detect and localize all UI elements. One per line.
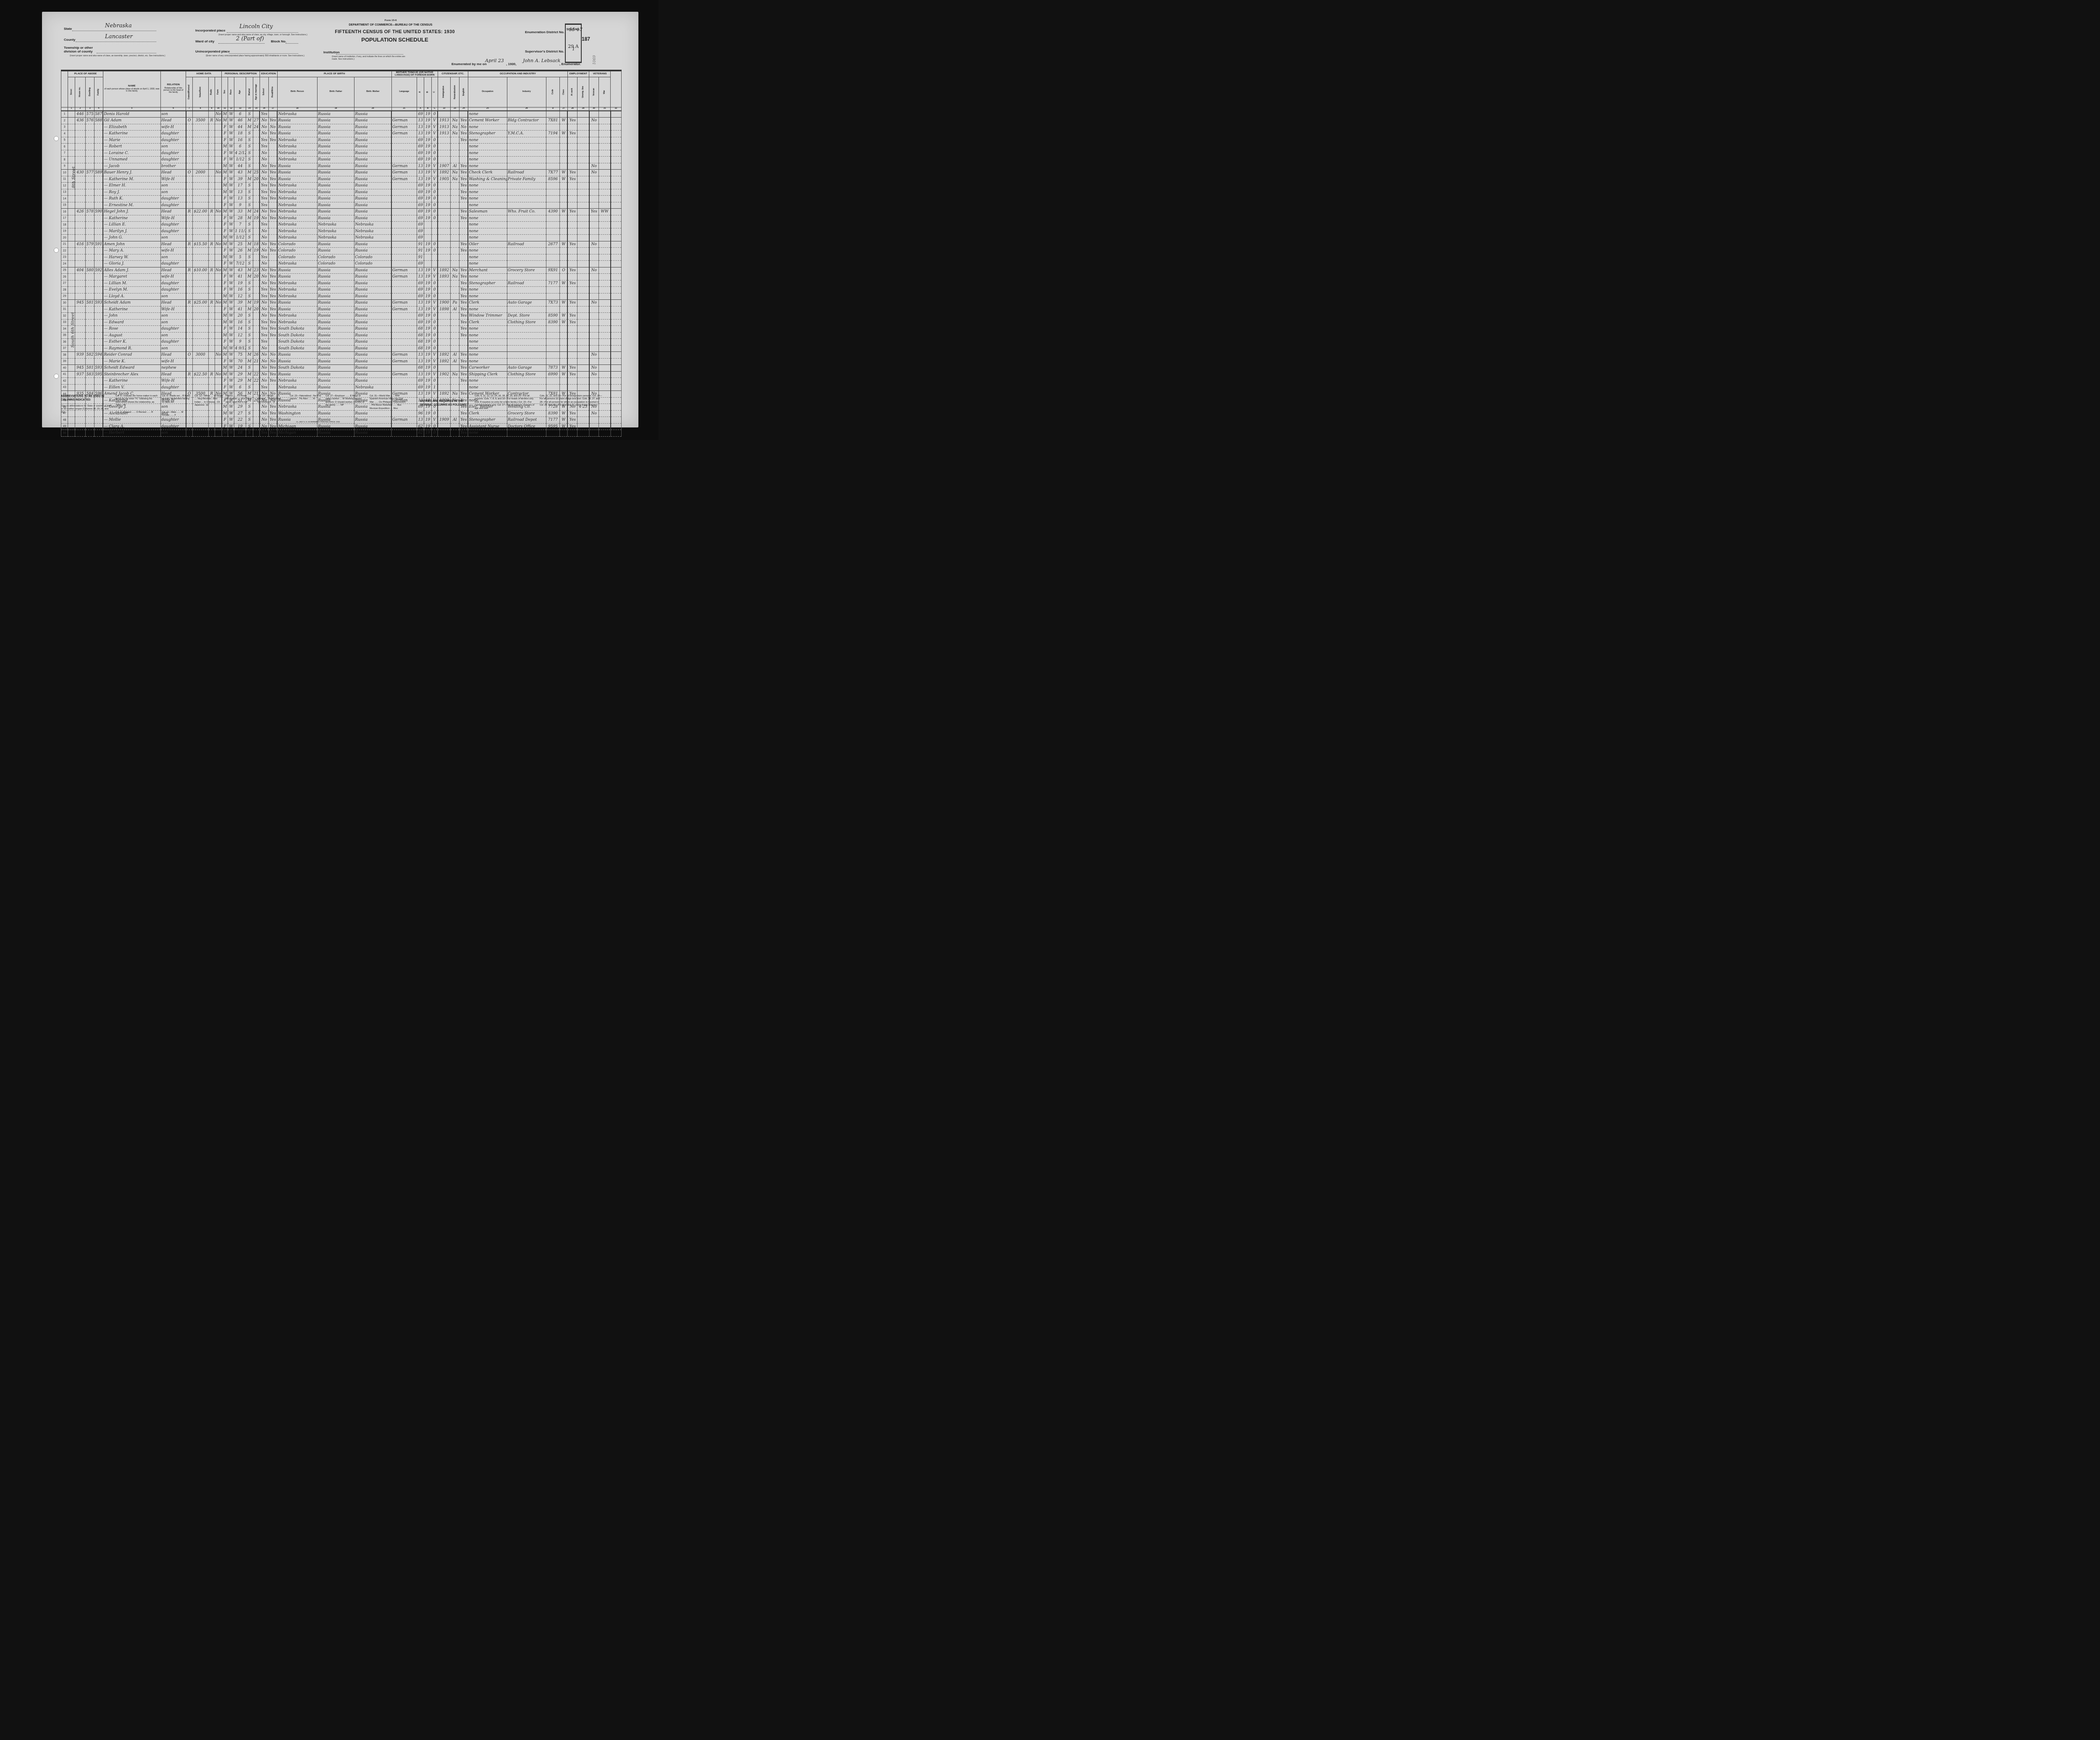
cell-tenure (186, 157, 192, 163)
cell-relation: son (161, 189, 186, 196)
column-number: 16 (260, 107, 268, 111)
cell-ind (507, 144, 546, 150)
cell-line: 40 (61, 365, 68, 372)
column-header-21: Language (391, 77, 417, 107)
cell-sex: M (222, 189, 228, 196)
cell-birth: South Dakota (277, 326, 317, 333)
table-row: 24— Gloria J.daughterFW7/12SNoNebraskaCo… (61, 261, 622, 267)
cell-immig (438, 183, 450, 189)
cell-radio (208, 280, 215, 287)
cell-street (68, 384, 75, 391)
cell-sex: F (222, 287, 228, 293)
incorporated-hint: (Insert proper name and also name of cla… (218, 34, 311, 36)
cell-farm (215, 150, 221, 157)
cell-school: Yes (260, 189, 268, 196)
cell-birth: Michigan (277, 430, 317, 437)
cell-ind (507, 430, 546, 437)
cell-school: Yes (260, 293, 268, 300)
cell-c: V (431, 358, 438, 365)
cell-age: 7/12 (234, 261, 246, 267)
cell-immig: 1892 (438, 358, 450, 365)
cell-c: V (431, 170, 438, 176)
column-number: D (546, 107, 560, 111)
cell-code (546, 222, 560, 228)
cell-tenure (186, 150, 192, 157)
cell-lang: German (391, 176, 417, 183)
cell-farmsched (611, 287, 622, 293)
cell-immig (438, 319, 450, 326)
cell-immig (438, 280, 450, 287)
cell-farmsched (611, 222, 622, 228)
cell-code: 8590 (546, 313, 560, 320)
cell-age: 18 (234, 430, 246, 437)
column-number: 23 (451, 107, 459, 111)
cell-house (75, 124, 86, 131)
cell-code (546, 163, 560, 170)
cell-immig: 1913 (438, 124, 450, 131)
cell-dwelling (86, 293, 94, 300)
cell-age_marr: 20 (253, 306, 260, 313)
cell-sex: F (222, 222, 228, 228)
column-number: 18 (277, 107, 317, 111)
cell-farm (215, 430, 221, 437)
cell-birth: Nebraska (277, 313, 317, 320)
cell-father: Russia (317, 189, 354, 196)
cell-mother: Russia (354, 332, 391, 339)
cell-dwelling: 581 (86, 365, 94, 372)
cell-occ: none (468, 150, 507, 157)
cell-vet (589, 215, 599, 222)
cell-war (599, 222, 611, 228)
cell-work: Yes (567, 118, 577, 124)
cell-work (567, 124, 577, 131)
cell-value (192, 254, 208, 261)
cell-race: W (228, 261, 234, 267)
cell-occ: Stenographer (468, 280, 507, 287)
cell-family (94, 215, 103, 222)
cell-name: — Lloyd A. (103, 293, 160, 300)
group-veterans: VETERANS (589, 71, 611, 77)
cell-school: No (260, 267, 268, 274)
cell-age: 9 (234, 202, 246, 209)
cell-ind (507, 248, 546, 254)
cell-cls: O (560, 267, 568, 274)
cell-house (75, 319, 86, 326)
cell-eng: Yes (459, 293, 468, 300)
cell-vet (589, 287, 599, 293)
cell-radio (208, 157, 215, 163)
cell-work (567, 326, 577, 333)
institution-label: Institution (323, 50, 340, 54)
cell-relation: wife-H (161, 248, 186, 254)
cell-birth: Colorado (277, 254, 317, 261)
cell-read: Yes (268, 118, 277, 124)
cell-unemp (577, 365, 589, 372)
cell-a: 91 (417, 254, 424, 261)
cell-vet (589, 261, 599, 267)
column-header-15: Age at marriage (253, 77, 260, 107)
cell-lang: German (391, 371, 417, 378)
cell-school: No (260, 131, 268, 137)
cell-school: Yes (260, 319, 268, 326)
cell-nat (451, 183, 459, 189)
cell-farmsched (611, 319, 622, 326)
cell-family: 593 (94, 365, 103, 372)
cell-school: No (260, 352, 268, 359)
cell-family (94, 150, 103, 157)
street-note-1: 8th Street (71, 166, 76, 188)
cell-c: V (431, 306, 438, 313)
entries-b: Cols. 21, 22, and 23—For all foreign-bor… (540, 395, 603, 407)
cell-ind (507, 150, 546, 157)
cell-family (94, 313, 103, 320)
cell-ind (507, 202, 546, 209)
cell-lang: German (391, 163, 417, 170)
cell-tenure (186, 189, 192, 196)
cell-farmsched (611, 280, 622, 287)
cell-eng (459, 228, 468, 235)
cell-age: 75 (234, 352, 246, 359)
cell-house: 945 (75, 365, 86, 372)
cell-b: 19 (424, 111, 431, 118)
cell-race: W (228, 144, 234, 150)
cell-value (192, 280, 208, 287)
cell-work (567, 384, 577, 391)
cell-school: Yes (260, 111, 268, 118)
cell-c: 0 (431, 280, 438, 287)
cell-mother: Russia (354, 430, 391, 437)
cell-tenure (186, 430, 192, 437)
cell-farmsched (611, 170, 622, 176)
township-label: Township or other division of county (64, 46, 102, 54)
column-number: 5 (103, 107, 160, 111)
cell-c: 0 (431, 430, 438, 437)
cell-race: W (228, 183, 234, 189)
cell-age_marr (253, 150, 260, 157)
cell-race: W (228, 209, 234, 215)
cell-name: Reider Conrad (103, 352, 160, 359)
cell-read (268, 345, 277, 352)
table-row: 33— EdwardsonMW16SYesYesNebraskaRussiaRu… (61, 319, 622, 326)
cell-family (94, 384, 103, 391)
column-header-9: Radio (208, 77, 215, 107)
cell-dwelling: 581 (86, 300, 94, 307)
cell-race: W (228, 339, 234, 346)
table-row: 20— John G.sonMW1/12SNoNebraskaNebraskaN… (61, 235, 622, 241)
cell-house (75, 196, 86, 202)
cell-value (192, 144, 208, 150)
cell-war (599, 254, 611, 261)
enumerator-name: John A. Lebsack (523, 58, 561, 63)
cell-work (567, 274, 577, 280)
cell-father: Russia (317, 163, 354, 170)
cell-code (546, 196, 560, 202)
column-number: 1 (68, 107, 75, 111)
group-name: NAMEof each person whose place of abode … (103, 71, 160, 107)
cell-mother: Russia (354, 365, 391, 372)
cell-farm (215, 202, 221, 209)
cell-house (75, 189, 86, 196)
cell-immig (438, 293, 450, 300)
cell-c: 0 (431, 378, 438, 385)
cell-school: No (260, 209, 268, 215)
cell-occ: none (468, 345, 507, 352)
table-row: 29— Lloyd A.sonMW12SYesYesNebraskaRussia… (61, 293, 622, 300)
cell-tenure (186, 163, 192, 170)
cell-relation: son (161, 144, 186, 150)
cell-family (94, 228, 103, 235)
cell-cls (560, 163, 568, 170)
cell-unemp (577, 196, 589, 202)
group-personal: PERSONAL DESCRIPTION (222, 71, 260, 77)
cell-vet (589, 248, 599, 254)
cell-a: 13 (417, 131, 424, 137)
cell-race: W (228, 371, 234, 378)
cell-relation: Wife-H (161, 306, 186, 313)
cell-occ: none (468, 202, 507, 209)
cell-age_marr (253, 222, 260, 228)
cell-birth: Russia (277, 371, 317, 378)
cell-age_marr: 20 (253, 176, 260, 183)
cell-marital: S (246, 280, 253, 287)
cell-dwelling (86, 358, 94, 365)
cell-farmsched (611, 202, 622, 209)
cell-work (567, 345, 577, 352)
cell-family (94, 319, 103, 326)
cell-b: 19 (424, 163, 431, 170)
cell-relation: daughter (161, 137, 186, 144)
cell-code (546, 235, 560, 241)
cell-eng: Yes (459, 137, 468, 144)
cell-read: Yes (268, 170, 277, 176)
cell-school: No (260, 176, 268, 183)
cell-age: 16 (234, 319, 246, 326)
cell-relation: son (161, 293, 186, 300)
cell-ind (507, 157, 546, 163)
cell-sex: M (222, 163, 228, 170)
cell-school: No (260, 228, 268, 235)
cell-house (75, 293, 86, 300)
cell-house (75, 332, 86, 339)
column-header-18: Birth: Person (277, 77, 317, 107)
cell-c: 0 (431, 144, 438, 150)
column-number-row: 123456789101112131415161718192021ABC2223… (61, 107, 622, 111)
cell-radio: R (208, 209, 215, 215)
cell-race: W (228, 254, 234, 261)
cell-value (192, 228, 208, 235)
cell-cls (560, 202, 568, 209)
cell-dwelling (86, 313, 94, 320)
cell-age: 12 (234, 293, 246, 300)
cell-line: 41 (61, 371, 68, 378)
cell-war (599, 170, 611, 176)
cell-school: No (260, 306, 268, 313)
cell-race: W (228, 150, 234, 157)
cell-ind (507, 332, 546, 339)
cell-read: Yes (268, 183, 277, 189)
table-row: 35— AugustsonMW12SYesYesSouth DakotaRuss… (61, 332, 622, 339)
cell-vet (589, 306, 599, 313)
cell-age_marr (253, 137, 260, 144)
cell-vet: No (589, 118, 599, 124)
cell-sex: M (222, 235, 228, 241)
cell-farmsched (611, 248, 622, 254)
cell-radio (208, 248, 215, 254)
cell-value: $10.00 (192, 267, 208, 274)
cell-code (546, 189, 560, 196)
cell-occ: none (468, 293, 507, 300)
cell-b: 19 (424, 378, 431, 385)
cell-immig (438, 345, 450, 352)
cell-occ: none (468, 358, 507, 365)
cell-sex: F (222, 202, 228, 209)
cell-father: Russia (317, 287, 354, 293)
table-row: 10430577589Bauer Henry J.HeadO2000NoMW43… (61, 170, 622, 176)
cell-c: 0 (431, 111, 438, 118)
cell-value (192, 306, 208, 313)
cell-immig (438, 261, 450, 267)
cell-farm (215, 189, 221, 196)
cell-school: Yes (260, 202, 268, 209)
cell-unemp (577, 202, 589, 209)
cell-father: Colorado (317, 261, 354, 267)
cell-lang (391, 196, 417, 202)
cell-father: Russia (317, 313, 354, 320)
table-row: 26— Margaretwife-HFW41M20NoYesRussiaRuss… (61, 274, 622, 280)
cell-street (68, 131, 75, 137)
cell-unemp (577, 306, 589, 313)
cell-relation: daughter (161, 326, 186, 333)
cell-marital: S (246, 313, 253, 320)
cell-lang (391, 280, 417, 287)
cell-farmsched (611, 150, 622, 157)
cell-a: 13 (417, 170, 424, 176)
cell-dwelling (86, 163, 94, 170)
cell-race: W (228, 267, 234, 274)
cell-line: 2 (61, 118, 68, 124)
cell-tenure (186, 293, 192, 300)
cell-age_marr: 26 (253, 352, 260, 359)
cell-b: 19 (424, 144, 431, 150)
cell-tenure (186, 196, 192, 202)
cell-b (424, 222, 431, 228)
cell-house (75, 157, 86, 163)
cell-dwelling (86, 222, 94, 228)
cell-street (68, 137, 75, 144)
cell-age: 70 (234, 358, 246, 365)
column-header-31: Class (560, 77, 568, 107)
column-number: 12 (228, 107, 234, 111)
cell-work (567, 228, 577, 235)
cell-nat: Pa (451, 300, 459, 307)
cell-a: 69 (417, 196, 424, 202)
cell-father: Russia (317, 111, 354, 118)
cell-work (567, 235, 577, 241)
cell-sex: F (222, 124, 228, 131)
cell-code: 4390 (546, 209, 560, 215)
cell-vet: No (589, 267, 599, 274)
cell-ind: Railroad (507, 170, 546, 176)
group-abode: PLACE OF ABODE (68, 71, 103, 77)
table-row: 50— HerbertsonMW18SYesYesMichiganRussiaR… (61, 430, 622, 437)
cell-a: 69 (417, 183, 424, 189)
cell-radio (208, 287, 215, 293)
cell-family (94, 144, 103, 150)
cell-birth: Nebraska (277, 222, 317, 228)
cell-lang: German (391, 358, 417, 365)
cell-value (192, 157, 208, 163)
cell-work (567, 254, 577, 261)
cell-relation: daughter (161, 150, 186, 157)
cell-read (268, 254, 277, 261)
cell-lang (391, 430, 417, 437)
cell-nat (451, 365, 459, 372)
cell-a: 13 (417, 274, 424, 280)
cell-marital: M (246, 274, 253, 280)
cell-war (599, 313, 611, 320)
cell-value (192, 176, 208, 183)
cell-mother: Russia (354, 163, 391, 170)
cell-school: No (260, 365, 268, 372)
cell-immig: 1892 (438, 352, 450, 359)
cell-age: 24 (234, 365, 246, 372)
printer-line: 11—8657 U. S. GOVERNMENT PRINTING OFFICE… (296, 421, 380, 423)
cell-father: Russia (317, 124, 354, 131)
cell-a: 69 (417, 111, 424, 118)
cell-war (599, 137, 611, 144)
cell-radio (208, 202, 215, 209)
cell-tenure (186, 332, 192, 339)
cell-line: 37 (61, 345, 68, 352)
cell-tenure (186, 176, 192, 183)
cell-age: 41 (234, 306, 246, 313)
cell-immig: 1892 (438, 267, 450, 274)
cell-cls: W (560, 319, 568, 326)
cell-birth: South Dakota (277, 332, 317, 339)
cell-radio (208, 170, 215, 176)
cell-code (546, 261, 560, 267)
cell-radio (208, 306, 215, 313)
cell-work (567, 144, 577, 150)
cell-unemp (577, 313, 589, 320)
cell-line: 14 (61, 196, 68, 202)
table-row: 14— Ruth K.daughterFW13SYesYesNebraskaRu… (61, 196, 622, 202)
cell-mother: Russia (354, 196, 391, 202)
cell-marital: M (246, 371, 253, 378)
cell-occ: none (468, 215, 507, 222)
cell-c: 0 (431, 339, 438, 346)
cell-street (68, 280, 75, 287)
cell-farmsched (611, 371, 622, 378)
cell-farmsched (611, 228, 622, 235)
column-number: 19 (317, 107, 354, 111)
col9-note: Col. 9—Radio set .. R Make no entry for … (162, 395, 191, 404)
cell-marital: S (246, 326, 253, 333)
cell-marital: S (246, 430, 253, 437)
cell-b: 19 (424, 332, 431, 339)
cell-farm (215, 384, 221, 391)
cell-dwelling: 582 (86, 352, 94, 359)
cell-c: 0 (431, 150, 438, 157)
cell-b: 19 (424, 345, 431, 352)
cell-vet: No (589, 300, 599, 307)
cell-lang (391, 222, 417, 228)
cell-nat (451, 319, 459, 326)
cell-occ: none (468, 228, 507, 235)
cell-race: W (228, 163, 234, 170)
cell-war (599, 293, 611, 300)
cell-occ: Carworker (468, 365, 507, 372)
